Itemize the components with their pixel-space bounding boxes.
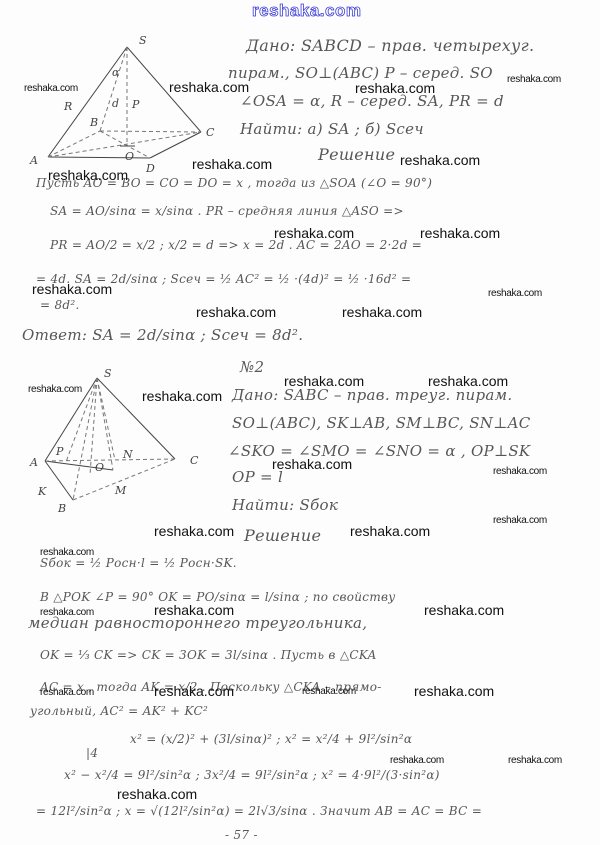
- p1-given-line-4: Найти: а) SA ; б) Sсеч: [240, 120, 424, 138]
- watermark: reshaka.com: [420, 226, 500, 240]
- watermark: reshaka.com: [350, 524, 430, 538]
- watermark: reshaka.com: [32, 282, 112, 296]
- p2-solution-line-6: угольный, AC² = AK² + KC²: [30, 704, 208, 718]
- svg-text:C: C: [190, 454, 199, 467]
- watermark: reshaka.com: [284, 374, 364, 388]
- p2-solution-title: Решение: [244, 526, 321, 545]
- watermark: reshaka.com: [196, 305, 276, 319]
- watermark: reshaka.com: [154, 684, 234, 698]
- p2-given-line-2: SO⊥(ABC), SK⊥AB, SM⊥BC, SN⊥AC: [232, 414, 531, 432]
- p2-given-line-5: Найти: Sбок: [232, 496, 338, 514]
- watermark: reshaka.com: [169, 80, 249, 94]
- watermark: reshaka.com: [355, 81, 435, 95]
- p1-given-line-1: Дано: SABCD – прав. четырехуг.: [246, 36, 534, 55]
- page-number: - 57 -: [225, 828, 258, 842]
- watermark: reshaka.com: [302, 687, 356, 697]
- watermark: reshaka.com: [272, 457, 352, 471]
- p2-solution-line-7: x² = (x/2)² + (3l/sinα)² ; x² = x²/4 + 9…: [130, 732, 412, 746]
- p2-number: №2: [240, 358, 264, 376]
- watermark: reshaka.com: [274, 226, 354, 240]
- watermark: reshaka.com: [154, 603, 234, 617]
- p2-solution-line-1: Sбок = ½ Pосн·l = ½ Pосн·SK.: [40, 556, 237, 570]
- watermark: reshaka.com: [48, 168, 128, 182]
- watermark: reshaka.com: [424, 603, 504, 617]
- watermark: reshaka.com: [493, 467, 547, 477]
- svg-text:M: M: [114, 484, 127, 497]
- svg-text:K: K: [37, 485, 47, 498]
- svg-text:B: B: [57, 502, 66, 515]
- watermark: reshaka.com: [508, 756, 562, 766]
- p2-solution-line-9: = 12l²/sin²α ; x = √(12l²/sin²α) = 2l√3/…: [36, 804, 482, 818]
- watermark: reshaka.com: [400, 153, 480, 167]
- p2-solution-line-8: x² − x²/4 = 9l²/sin²α ; 3x²/4 = 9l²/sin²…: [64, 768, 440, 782]
- header-watermark: reshaka.com: [252, 2, 361, 19]
- watermark: reshaka.com: [154, 524, 234, 538]
- svg-text:S: S: [104, 367, 112, 380]
- svg-text:P: P: [55, 445, 64, 458]
- p2-multiplier-note: |4: [86, 746, 98, 760]
- p1-solution-title: Решение: [318, 145, 395, 164]
- svg-text:O: O: [95, 461, 104, 474]
- watermark: reshaka.com: [507, 75, 561, 85]
- p2-solution-line-4: OK = ⅓ CK => CK = 3OK = 3l/sinα . Пусть …: [40, 648, 377, 662]
- watermark: reshaka.com: [117, 787, 197, 801]
- watermark: reshaka.com: [142, 389, 222, 403]
- watermark: reshaka.com: [192, 157, 272, 171]
- watermark: reshaka.com: [493, 516, 547, 526]
- svg-text:N: N: [122, 448, 133, 461]
- watermark: reshaka.com: [390, 756, 444, 766]
- watermark: reshaka.com: [428, 374, 508, 388]
- watermark: reshaka.com: [488, 289, 542, 299]
- watermark: reshaka.com: [40, 688, 94, 698]
- watermark: reshaka.com: [40, 608, 94, 618]
- svg-text:A: A: [29, 456, 38, 469]
- watermark: reshaka.com: [24, 84, 78, 94]
- watermark: reshaka.com: [28, 385, 82, 395]
- watermark: reshaka.com: [414, 684, 494, 698]
- pyramid-diagram-2: S A B C K M N O P: [0, 0, 240, 520]
- scanned-page: reshaka.com S A B C D O P R α d Дано: SA…: [0, 0, 600, 845]
- watermark: reshaka.com: [342, 305, 422, 319]
- watermark: reshaka.com: [40, 548, 94, 558]
